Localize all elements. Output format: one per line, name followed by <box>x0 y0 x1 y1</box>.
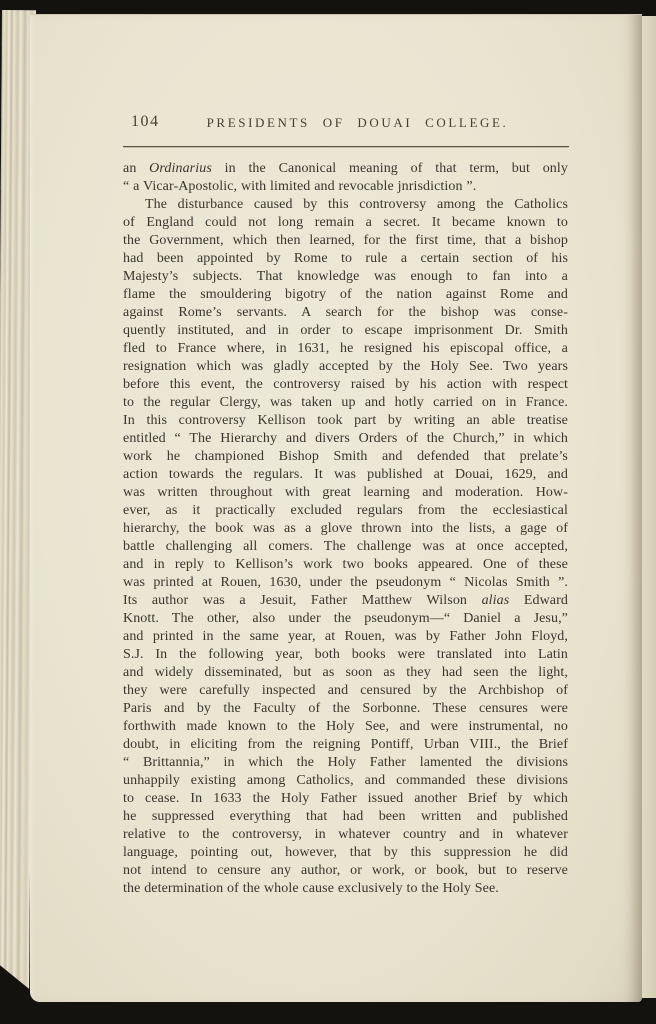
text-line: an Ordinarius in the Canonical meaning o… <box>123 160 568 178</box>
text-line: unhappily existing among Catholics, and … <box>123 772 568 790</box>
text-line: the determination of the whole cause exc… <box>123 880 568 898</box>
text-line: flame the smouldering bigotry of the nat… <box>123 286 568 304</box>
text-line: relative to the controversy, in whatever… <box>123 826 568 844</box>
text-line: S.J. In the following year, both books w… <box>123 646 568 664</box>
text-line: they were carefully inspected and censur… <box>123 682 568 700</box>
text-line: doubt, in eliciting from the reigning Po… <box>123 736 568 754</box>
text-line: before this event, the controversy raise… <box>123 376 568 394</box>
text-line: The disturbance caused by this controver… <box>123 196 568 214</box>
text-line: against Rome’s servants. A search for th… <box>123 304 568 322</box>
text-line: “ a Vicar-Apostolic, with limited and re… <box>123 178 568 196</box>
text-line: language, pointing out, however, that by… <box>123 844 568 862</box>
header-rule <box>123 146 569 147</box>
running-title: PRESIDENTS OF DOUAI COLLEGE. <box>135 115 580 131</box>
text-line: work he championed Bishop Smith and defe… <box>123 448 568 466</box>
text-line: and printed in the same year, at Rouen, … <box>123 628 568 646</box>
text-line: fled to France where, in 1631, he resign… <box>123 340 568 358</box>
text-line: Its author was a Jesuit, Father Matthew … <box>123 592 568 610</box>
text-line: was printed at Rouen, 1630, under the ps… <box>123 574 568 592</box>
text-line: and widely disseminated, but as soon as … <box>123 664 568 682</box>
text-line: Paris and by the Faculty of the Sorbonne… <box>123 700 568 718</box>
text-line: ever, as it practically excluded regular… <box>123 502 568 520</box>
text-line: had been appointed by Rome to rule a cer… <box>123 250 568 268</box>
text-line: In this controversy Kellison took part b… <box>123 412 568 430</box>
text-line: forthwith made known to the Holy See, an… <box>123 718 568 736</box>
body-text: an Ordinarius in the Canonical meaning o… <box>123 160 568 898</box>
text-line: was written throughout with great learni… <box>123 484 568 502</box>
scanned-book-photo: { "colors":{ "paper":"#eae5d1", "ink":"#… <box>0 0 656 1024</box>
running-head: 104 PRESIDENTS OF DOUAI COLLEGE. <box>123 111 568 133</box>
text-line: hierarchy, the book was as a glove throw… <box>123 520 568 538</box>
text-line: Majesty’s subjects. That knowledge was e… <box>123 268 568 286</box>
text-line: “ Brittannia,” in which the Holy Father … <box>123 754 568 772</box>
text-line: to cease. In 1633 the Holy Father issued… <box>123 790 568 808</box>
text-line: Knott. The other, also under the pseudon… <box>123 610 568 628</box>
text-line: not intend to censure any author, or wor… <box>123 862 568 880</box>
text-line: to the regular Clergy, was taken up and … <box>123 394 568 412</box>
text-line: action towards the regulars. It was publ… <box>123 466 568 484</box>
text-line: and in reply to Kellison’s work two book… <box>123 556 568 574</box>
text-line: the Government, which then learned, for … <box>123 232 568 250</box>
text-line: he suppressed everything that had been w… <box>123 808 568 826</box>
text-line: of England could not long remain a secre… <box>123 214 568 232</box>
text-line: battle challenging all comers. The chall… <box>123 538 568 556</box>
text-line: resignation which was gladly accepted by… <box>123 358 568 376</box>
page-content: 104 PRESIDENTS OF DOUAI COLLEGE. an Ordi… <box>0 0 656 1024</box>
text-line: quently instituted, and in order to esca… <box>123 322 568 340</box>
text-line: entitled “ The Hierarchy and divers Orde… <box>123 430 568 448</box>
